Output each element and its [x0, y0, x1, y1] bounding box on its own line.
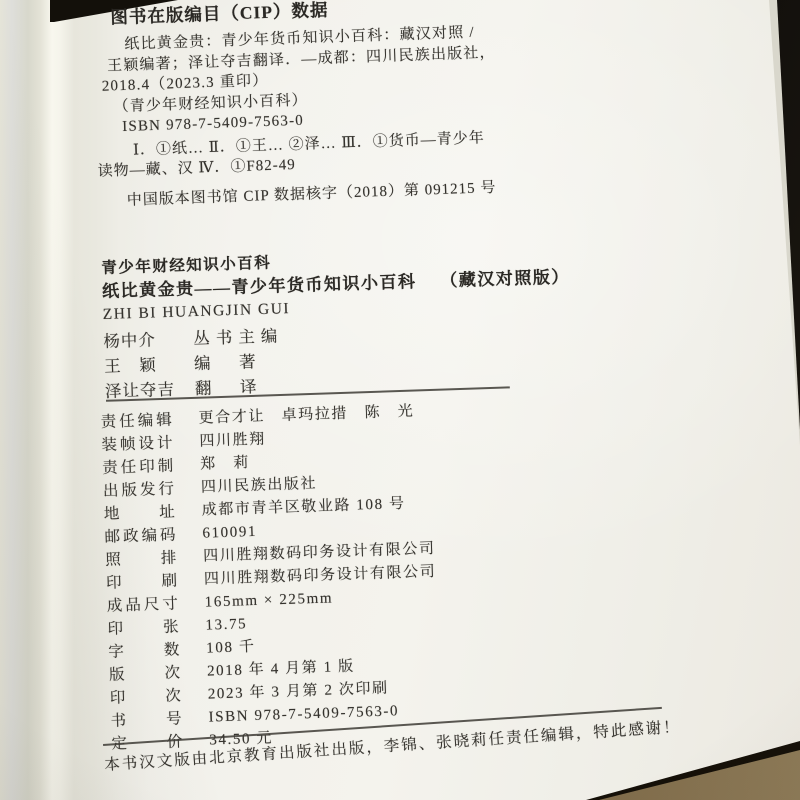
cip-record: 纸比黄金贵：青少年货币知识小百科：藏汉对照 / 王颖编著；泽让夺吉翻译．—成都：… — [93, 16, 656, 138]
publication-label: 邮政编码 — [104, 523, 191, 549]
publication-label: 照 排 — [105, 546, 192, 572]
publication-value: 108 千 — [206, 636, 256, 661]
publication-label: 书 号 — [110, 707, 197, 733]
publication-label: 印 张 — [107, 615, 194, 641]
book-photo: 图书在版编目（CIP）数据 纸比黄金贵：青少年货币知识小百科：藏汉对照 / 王颖… — [0, 0, 800, 800]
contributor-name: 杨中介 — [103, 326, 194, 354]
contributor-role: 编 著 — [194, 349, 262, 376]
publication-rows: 责任编辑 更合才让 卓玛拉措 陈 光 装帧设计 四川胜翔 责任印制 郑 莉 出版… — [100, 395, 591, 756]
cip-section: 图书在版编目（CIP）数据 纸比黄金贵：青少年货币知识小百科：藏汉对照 / 王颖… — [92, 0, 659, 210]
publication-value: 13.75 — [205, 613, 247, 637]
publication-value: 165mm × 225mm — [204, 587, 333, 614]
publication-label: 印 次 — [110, 684, 197, 710]
publication-label: 责任印制 — [102, 454, 189, 480]
publication-value: 郑 莉 — [200, 452, 251, 477]
publication-label: 版 次 — [109, 661, 196, 687]
publication-label: 字 数 — [108, 638, 195, 664]
edition-note: （藏汉对照版） — [440, 267, 570, 290]
publication-label: 地 址 — [103, 500, 190, 526]
publication-label: 成品尺寸 — [106, 592, 193, 618]
contributor-name: 王 颖 — [104, 351, 195, 379]
publication-label: 责任编辑 — [100, 408, 187, 434]
publication-label: 印 刷 — [106, 569, 193, 595]
publication-table: 责任编辑 更合才让 卓玛拉措 陈 光 装帧设计 四川胜翔 责任印制 郑 莉 出版… — [100, 384, 592, 755]
contributor-role: 丛书主编 — [193, 323, 284, 351]
publication-value: 610091 — [202, 520, 257, 545]
publication-label: 装帧设计 — [101, 431, 188, 457]
publication-value: 四川胜翔 — [199, 428, 266, 453]
publication-label: 出版发行 — [103, 477, 190, 503]
